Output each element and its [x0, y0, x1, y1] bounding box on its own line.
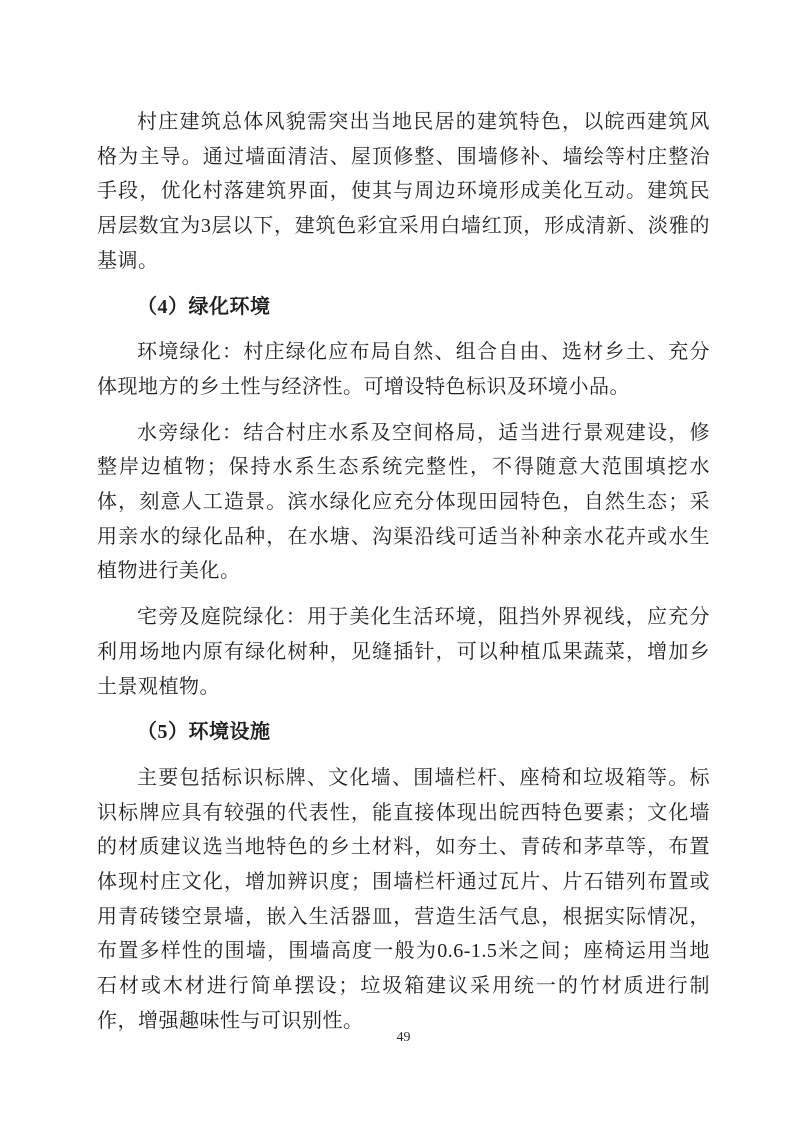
document-body: 村庄建筑总体风貌需突出当地民居的建筑特色，以皖西建筑风格为主导。通过墙面清洁、屋…: [97, 105, 710, 1050]
body-paragraph: 环境绿化：村庄绿化应布局自然、组合自由、选材乡土、充分体现地方的乡土性与经济性。…: [97, 335, 710, 404]
body-paragraph: 村庄建筑总体风貌需突出当地民居的建筑特色，以皖西建筑风格为主导。通过墙面清洁、屋…: [97, 105, 710, 279]
document-page: 村庄建筑总体风貌需突出当地民居的建筑特色，以皖西建筑风格为主导。通过墙面清洁、屋…: [0, 0, 794, 1122]
body-paragraph: 宅旁及庭院绿化：用于美化生活环境，阻挡外界视线，应充分利用场地内原有绿化树种，见…: [97, 600, 710, 704]
page-number: 49: [97, 1030, 710, 1046]
section-heading-5: （5）环境设施: [97, 715, 710, 750]
section-heading-4: （4）绿化环境: [97, 290, 710, 325]
body-paragraph: 水旁绿化：结合村庄水系及空间格局，适当进行景观建设，修整岸边植物；保持水系生态系…: [97, 416, 710, 590]
body-paragraph: 主要包括标识标牌、文化墙、围墙栏杆、座椅和垃圾箱等。标识标牌应具有较强的代表性，…: [97, 761, 710, 1039]
